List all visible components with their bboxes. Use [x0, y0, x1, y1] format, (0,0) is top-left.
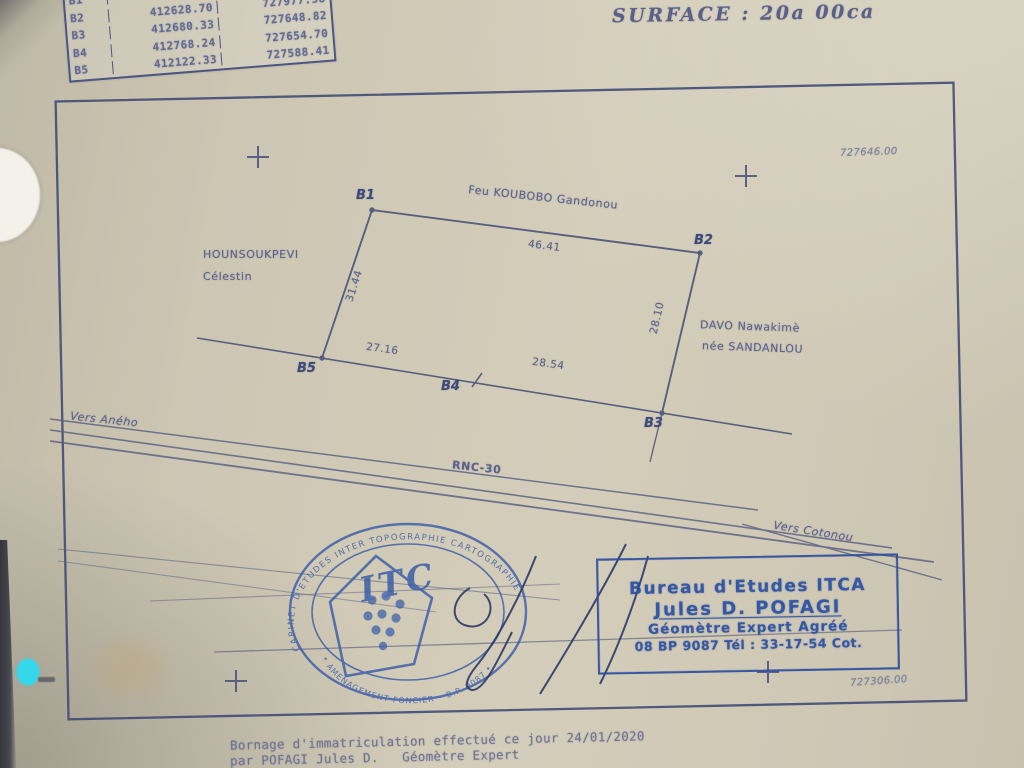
neighbor-west-name: HOUNSOUKPEVI: [203, 248, 299, 261]
point-id: B3: [67, 27, 111, 43]
neighbor-west-firstname: Célestin: [203, 270, 252, 283]
stamp-surveyor-name: Jules D. POFAGI: [654, 596, 841, 620]
vertex-label-b3: B3: [644, 416, 663, 431]
stamp-office-name: Bureau d'Etudes ITCA: [629, 574, 866, 598]
vertex-label-b2: B2: [694, 233, 713, 248]
cyan-marker-dot: [17, 659, 39, 685]
point-id: B4: [69, 44, 113, 60]
pen-dash-mark: [38, 677, 55, 682]
surveyor-stamp-box: Bureau d'Etudes ITCA Jules D. POFAGI Géo…: [596, 553, 900, 674]
surface-area-label: SURFACE : 20a 00ca: [612, 1, 876, 28]
point-id: B5: [70, 61, 114, 77]
grid-ref-top-right: 727646.00: [840, 146, 898, 159]
vertex-label-b5: B5: [297, 361, 316, 376]
point-id: B2: [66, 9, 110, 25]
stamp-contact-info: 08 BP 9087 Tél : 33-17-54 Cot.: [635, 635, 863, 654]
vertex-label-b4: B4: [441, 379, 460, 394]
vertex-label-b1: B1: [356, 188, 375, 203]
